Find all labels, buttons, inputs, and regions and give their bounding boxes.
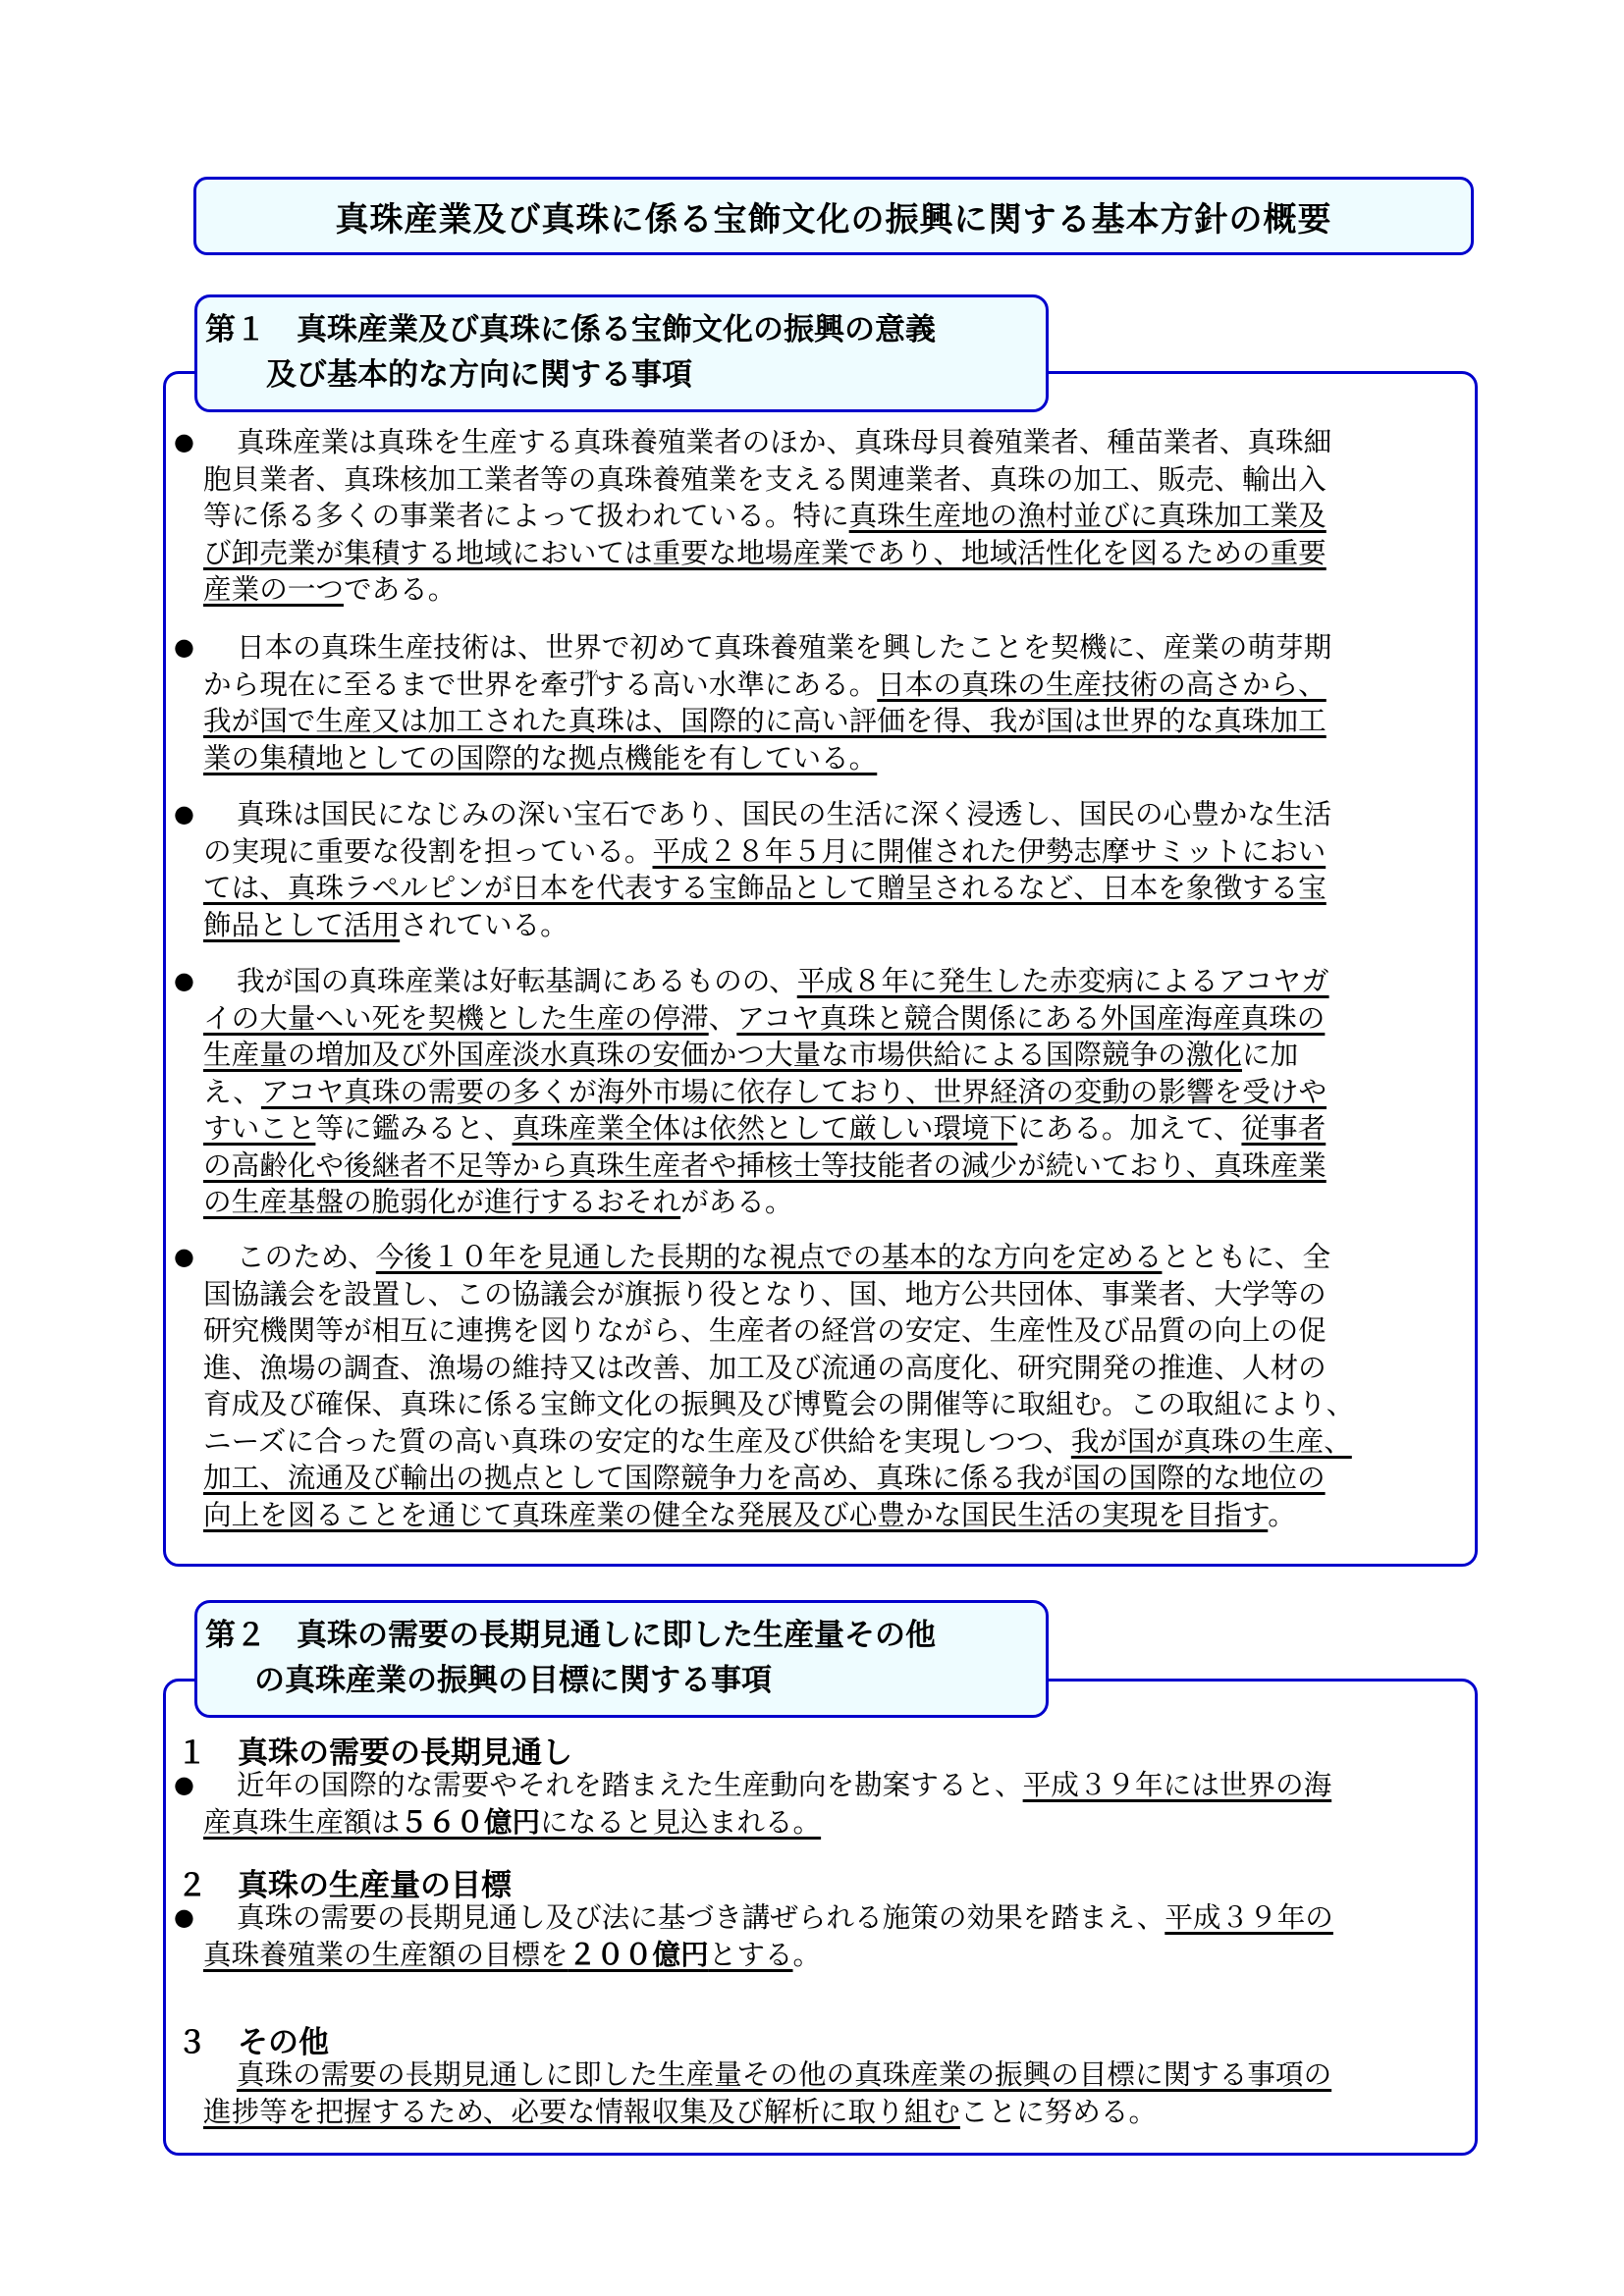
section1-paragraph-2: ● けん 日本の真珠生産技術は、世界で初めて真珠養殖業を興したことを契機に、産業… xyxy=(203,629,1470,776)
text-row: の生産基盤の脆弱化が進行するおそれがある。 xyxy=(203,1184,1470,1221)
bullet-icon: ● xyxy=(174,1239,194,1276)
underlined-text: 真珠養殖業の生産額の目標を２００億円とする xyxy=(203,1938,793,1971)
text-row: 真珠養殖業の生産額の目標を２００億円とする。 xyxy=(203,1937,1470,1974)
subsection-number: １ xyxy=(177,1728,238,1772)
subsection-3-heading: ３その他 xyxy=(177,2017,329,2061)
underlined-text: イの大量へい死を契機とした生産の停滞 xyxy=(203,1001,709,1035)
text-span: このため、 xyxy=(237,1240,376,1273)
text-row: すいこと等に鑑みると、真珠産業全体は依然として厳しい環境下にある。加えて、従事者 xyxy=(203,1110,1470,1148)
text-row: 日本の真珠生産技術は、世界で初めて真珠養殖業を興したことを契機に、産業の萌芽期 xyxy=(203,629,1470,667)
subsection-title: 真珠の生産量の目標 xyxy=(238,1868,512,1903)
underlined-text: 業の集積地としての国際的な拠点機能を有している。 xyxy=(203,740,1470,777)
text-row: 生産量の増加及び外国産淡水真珠の安価かつ大量な市場供給による国際競争の激化に加 xyxy=(203,1037,1470,1074)
section1-heading-box: 第１ 真珠産業及び真珠に係る宝飾文化の振興の意義 及び基本的な方向に関する事項 xyxy=(194,294,1049,412)
underlined-text: 平成３９年には世界の海 xyxy=(1023,1768,1332,1801)
subsection-title: 真珠の需要の長期見通し xyxy=(238,1735,572,1771)
underlined-text: 平成２８年５月に開催された伊勢志摩サミットにおい xyxy=(653,834,1326,868)
text-span: から現在に至るまで世界を牽引する高い水準にある。 xyxy=(203,667,877,701)
bullet-icon: ● xyxy=(174,424,194,461)
text-row: 真珠産業は真珠を生産する真珠養殖業者のほか、真珠母貝養殖業者、種苗業者、真珠細 xyxy=(203,424,1470,461)
underlined-text: 向上を図ることを通じて真珠産業の健全な発展及び心豊かな国民生活の実現を目指す xyxy=(203,1498,1268,1531)
bullet-icon: ● xyxy=(174,1767,194,1804)
text-row: から現在に至るまで世界を牽引する高い水準にある。日本の真珠の生産技術の高さから、 xyxy=(203,667,1470,704)
text-row: このため、今後１０年を見通した長期的な視点での基本的な方向を定めるとともに、全 xyxy=(203,1239,1470,1276)
text-span: にある。加えて、 xyxy=(1017,1111,1241,1145)
underlined-text: の生産基盤の脆弱化が進行するおそれ xyxy=(203,1185,680,1218)
underlined-text: 平成３９年の xyxy=(1164,1900,1333,1934)
text-span: とともに、全 xyxy=(1162,1240,1330,1273)
text-row: 産業の一つである。 xyxy=(203,571,1470,609)
underlined-text: 我が国で生産又は加工された真珠は、国際的に高い評価を得、我が国は世界的な真珠加工 xyxy=(203,703,1470,740)
text-span: である。 xyxy=(344,572,456,606)
section1-paragraph-1: ● 真珠産業は真珠を生産する真珠養殖業者のほか、真珠母貝養殖業者、種苗業者、真珠… xyxy=(203,424,1470,609)
subsection-number: ３ xyxy=(177,2017,238,2061)
text-row: イの大量へい死を契機とした生産の停滞、アコヤ真珠と競合関係にある外国産海産真珠の xyxy=(203,1000,1470,1038)
bullet-icon: ● xyxy=(174,963,194,1000)
section1-paragraph-5: ● このため、今後１０年を見通した長期的な視点での基本的な方向を定めるとともに、… xyxy=(203,1239,1470,1533)
section2-heading-line2: の真珠産業の振興の目標に関する事項 xyxy=(205,1658,1046,1703)
text-row: 育成及び確保、真珠に係る宝飾文化の振興及び博覧会の開催等に取組む。この取組により… xyxy=(203,1386,1470,1423)
subsection-2-heading: ２真珠の生産量の目標 xyxy=(177,1860,512,1904)
underlined-text: 従事者 xyxy=(1241,1111,1326,1145)
subsection-1-paragraph: ● 近年の国際的な需要やそれを踏まえた生産動向を勘案すると、平成３９年には世界の… xyxy=(203,1767,1470,1841)
text-span: 我が国の真珠産業は好転基調にあるものの、 xyxy=(237,964,797,997)
underlined-text: ては、真珠ラペルピンが日本を代表する宝飾品として贈呈されるなど、日本を象徴する宝 xyxy=(203,870,1470,907)
underlined-text: 今後１０年を見通した長期的な視点での基本的な方向を定める xyxy=(376,1240,1163,1273)
text-row: え、アコヤ真珠の需要の多くが海外市場に依存しており、世界経済の変動の影響を受けや xyxy=(203,1074,1470,1111)
section2-heading-line1: 第２ 真珠の需要の長期見通しに即した生産量その他 xyxy=(205,1613,1046,1658)
underlined-text: 真珠の需要の長期見通しに即した生産量その他の真珠産業の振興の目標に関する事項の xyxy=(203,2056,1470,2094)
text-span: とする xyxy=(709,1938,793,1971)
text-span: ニーズに合った質の高い真珠の安定的な生産及び供給を実現しつつ、 xyxy=(203,1424,1071,1458)
text-span: 等に係る多くの事業者によって扱われている。特に xyxy=(203,499,849,532)
underlined-text: び卸売業が集積する地域においては重要な地場産業であり、地域活性化を図るための重要 xyxy=(203,535,1470,572)
text-span: え、 xyxy=(203,1075,261,1108)
text-row: 研究機関等が相互に連携を図りながら、生産者の経営の安定、生産性及び品質の向上の促 xyxy=(203,1312,1470,1350)
text-row: 胞貝業者、真珠核加工業者等の真珠養殖業を支える関連業者、真珠の加工、販売、輸出入 xyxy=(203,461,1470,499)
text-row: ニーズに合った質の高い真珠の安定的な生産及び供給を実現しつつ、我が国が真珠の生産… xyxy=(203,1423,1470,1461)
underlined-text: 飾品として活用 xyxy=(203,908,400,941)
underlined-text: 平成８年に発生した赤変病によるアコヤガ xyxy=(797,964,1329,997)
bullet-icon: ● xyxy=(174,629,194,667)
subsection-2-paragraph: ● 真珠の需要の長期見通し及び法に基づき講ぜられる施策の効果を踏まえ、平成３９年… xyxy=(203,1899,1470,1973)
ruby-annotation: けん xyxy=(580,657,602,694)
text-row: 近年の国際的な需要やそれを踏まえた生産動向を勘案すると、平成３９年には世界の海 xyxy=(203,1767,1470,1804)
section1-paragraph-3: ● 真珠は国民になじみの深い宝石であり、国民の生活に深く浸透し、国民の心豊かな生… xyxy=(203,796,1470,943)
text-row: 等に係る多くの事業者によって扱われている。特に真珠生産地の漁村並びに真珠加工業及 xyxy=(203,498,1470,535)
underlined-text: の高齢化や後継者不足等から真珠生産者や挿核士等技能者の減少が続いており、真珠産業 xyxy=(203,1148,1470,1185)
underlined-text: 加工、流通及び輸出の拠点として国際競争力を高め、真珠に係る我が国の国際的な地位の xyxy=(203,1460,1470,1497)
text-row: の実現に重要な役割を担っている。平成２８年５月に開催された伊勢志摩サミットにおい xyxy=(203,833,1470,871)
text-span: 真珠養殖業の生産額の目標を xyxy=(203,1938,568,1971)
text-span: の実現に重要な役割を担っている。 xyxy=(203,834,653,868)
underlined-text: 真珠産業全体は依然として厳しい環境下 xyxy=(513,1111,1018,1145)
text-row: 進捗等を把握するため、必要な情報収集及び解析に取り組むことに努める。 xyxy=(203,2094,1470,2131)
subsection-1-heading: １真珠の需要の長期見通し xyxy=(177,1728,572,1772)
section2-heading-box: 第２ 真珠の需要の長期見通しに即した生産量その他 の真珠産業の振興の目標に関する… xyxy=(194,1600,1049,1718)
target-value: ２００億円 xyxy=(568,1938,709,1971)
text-span: 、 xyxy=(709,1001,737,1035)
text-span: 等に鑑みると、 xyxy=(315,1111,512,1145)
text-row: 向上を図ることを通じて真珠産業の健全な発展及び心豊かな国民生活の実現を目指す。 xyxy=(203,1497,1470,1534)
underlined-text: 進捗等を把握するため、必要な情報収集及び解析に取り組む xyxy=(203,2095,960,2128)
text-span: 。 xyxy=(793,1938,822,1971)
text-span: になると見込まれる。 xyxy=(540,1805,821,1839)
text-row: 真珠は国民になじみの深い宝石であり、国民の生活に深く浸透し、国民の心豊かな生活 xyxy=(203,796,1470,833)
text-span: ことに努める。 xyxy=(960,2095,1157,2128)
section1-heading-line2: 及び基本的な方向に関する事項 xyxy=(205,352,1046,398)
section1-heading-line1: 第１ 真珠産業及び真珠に係る宝飾文化の振興の意義 xyxy=(205,307,1046,352)
text-row: 進、漁場の調査、漁場の維持又は改善、加工及び流通の高度化、研究開発の推進、人材の xyxy=(203,1350,1470,1387)
subsection-title: その他 xyxy=(238,2025,329,2060)
document-title: 真珠産業及び真珠に係る宝飾文化の振興に関する基本方針の概要 xyxy=(336,192,1332,240)
text-row: 真珠の需要の長期見通し及び法に基づき講ぜられる施策の効果を踏まえ、平成３９年の xyxy=(203,1899,1470,1937)
text-span: がある。 xyxy=(680,1185,792,1218)
text-row: 我が国の真珠産業は好転基調にあるものの、平成８年に発生した赤変病によるアコヤガ xyxy=(203,963,1470,1000)
text-row: 国協議会を設置し、この協議会が旗振り役となり、国、地方公共団体、事業者、大学等の xyxy=(203,1276,1470,1313)
text-span: 近年の国際的な需要やそれを踏まえた生産動向を勘案すると、 xyxy=(237,1768,1023,1801)
bullet-icon: ● xyxy=(174,796,194,833)
subsection-number: ２ xyxy=(177,1860,238,1904)
underlined-text: アコヤ真珠と競合関係にある外国産海産真珠の xyxy=(736,1001,1325,1035)
forecast-value: ５６０億円 xyxy=(400,1805,540,1839)
underlined-text: 日本の真珠の生産技術の高さから、 xyxy=(877,667,1326,701)
subsection-3-paragraph: 真珠の需要の長期見通しに即した生産量その他の真珠産業の振興の目標に関する事項の … xyxy=(203,2056,1470,2130)
underlined-text: すいこと xyxy=(203,1111,315,1145)
text-row: 飾品として活用されている。 xyxy=(203,907,1470,944)
text-span: 。 xyxy=(1268,1498,1296,1531)
underlined-text: 真珠生産地の漁村並びに真珠加工業及 xyxy=(849,499,1326,532)
underlined-text: アコヤ真珠の需要の多くが海外市場に依存しており、世界経済の変動の影響を受けや xyxy=(261,1075,1326,1108)
underlined-text: 産真珠生産額は５６０億円になると見込まれる。 xyxy=(203,1804,1470,1842)
underlined-text: 生産量の増加及び外国産淡水真珠の安価かつ大量な市場供給による国際競争の激化 xyxy=(203,1038,1242,1071)
document-title-box: 真珠産業及び真珠に係る宝飾文化の振興に関する基本方針の概要 xyxy=(193,177,1474,255)
text-span: 産真珠生産額は xyxy=(203,1805,400,1839)
text-span: 真珠の需要の長期見通し及び法に基づき講ぜられる施策の効果を踏まえ、 xyxy=(237,1900,1164,1934)
section1-paragraph-4: ● 我が国の真珠産業は好転基調にあるものの、平成８年に発生した赤変病によるアコヤ… xyxy=(203,963,1470,1221)
bullet-icon: ● xyxy=(174,1899,194,1937)
underlined-text: 我が国が真珠の生産、 xyxy=(1071,1424,1352,1458)
underlined-text: 産業の一つ xyxy=(203,572,344,606)
text-span: に加 xyxy=(1242,1038,1298,1071)
text-span: されている。 xyxy=(400,908,568,941)
